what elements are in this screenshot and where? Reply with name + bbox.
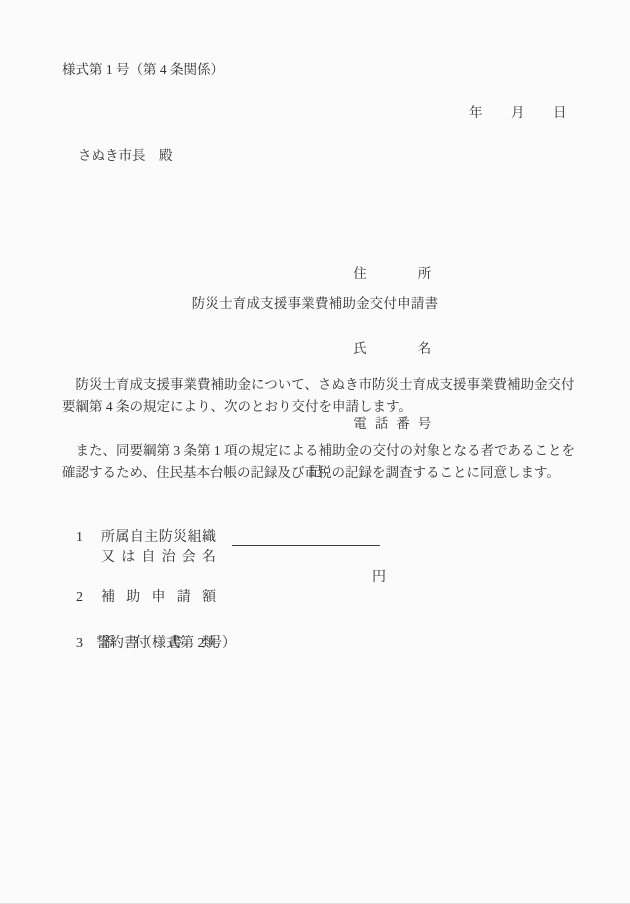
addressee: さぬき市長 殿 [78, 146, 173, 166]
item-1-label-line2: 又は自治会名 [101, 548, 216, 568]
organization-name-blank [232, 545, 380, 546]
item-3-attachment: 誓約書（様式第 2 号） [96, 634, 236, 654]
address-label: 住所 [353, 261, 431, 286]
body-paragraph-1: 防災士育成支援事業費補助金について、さぬき市防災士育成支援事業費補助金交付 要綱… [62, 374, 582, 418]
date-line: 年 月 日 [469, 103, 567, 123]
item-2-number: 2 [76, 588, 101, 608]
form-number: 様式第 1 号（第 4 条関係） [62, 60, 224, 80]
body-text: 防災士育成支援事業費補助金について、さぬき市防災士育成支援事業費補助金交付 要綱… [62, 352, 582, 506]
item-2-unit: 円 [372, 568, 386, 588]
document-page: 様式第 1 号（第 4 条関係） 年 月 日 さぬき市長 殿 住所 氏名 電話番… [0, 0, 630, 904]
document-title: 防災士育成支援事業費補助金交付申請書 [0, 294, 630, 314]
item-2-label: 補助申請額 [101, 588, 216, 608]
applicant-address-row: 住所 [333, 236, 431, 261]
applicant-name-row: 氏名 [333, 311, 431, 336]
note-marker: 記 [0, 462, 630, 482]
